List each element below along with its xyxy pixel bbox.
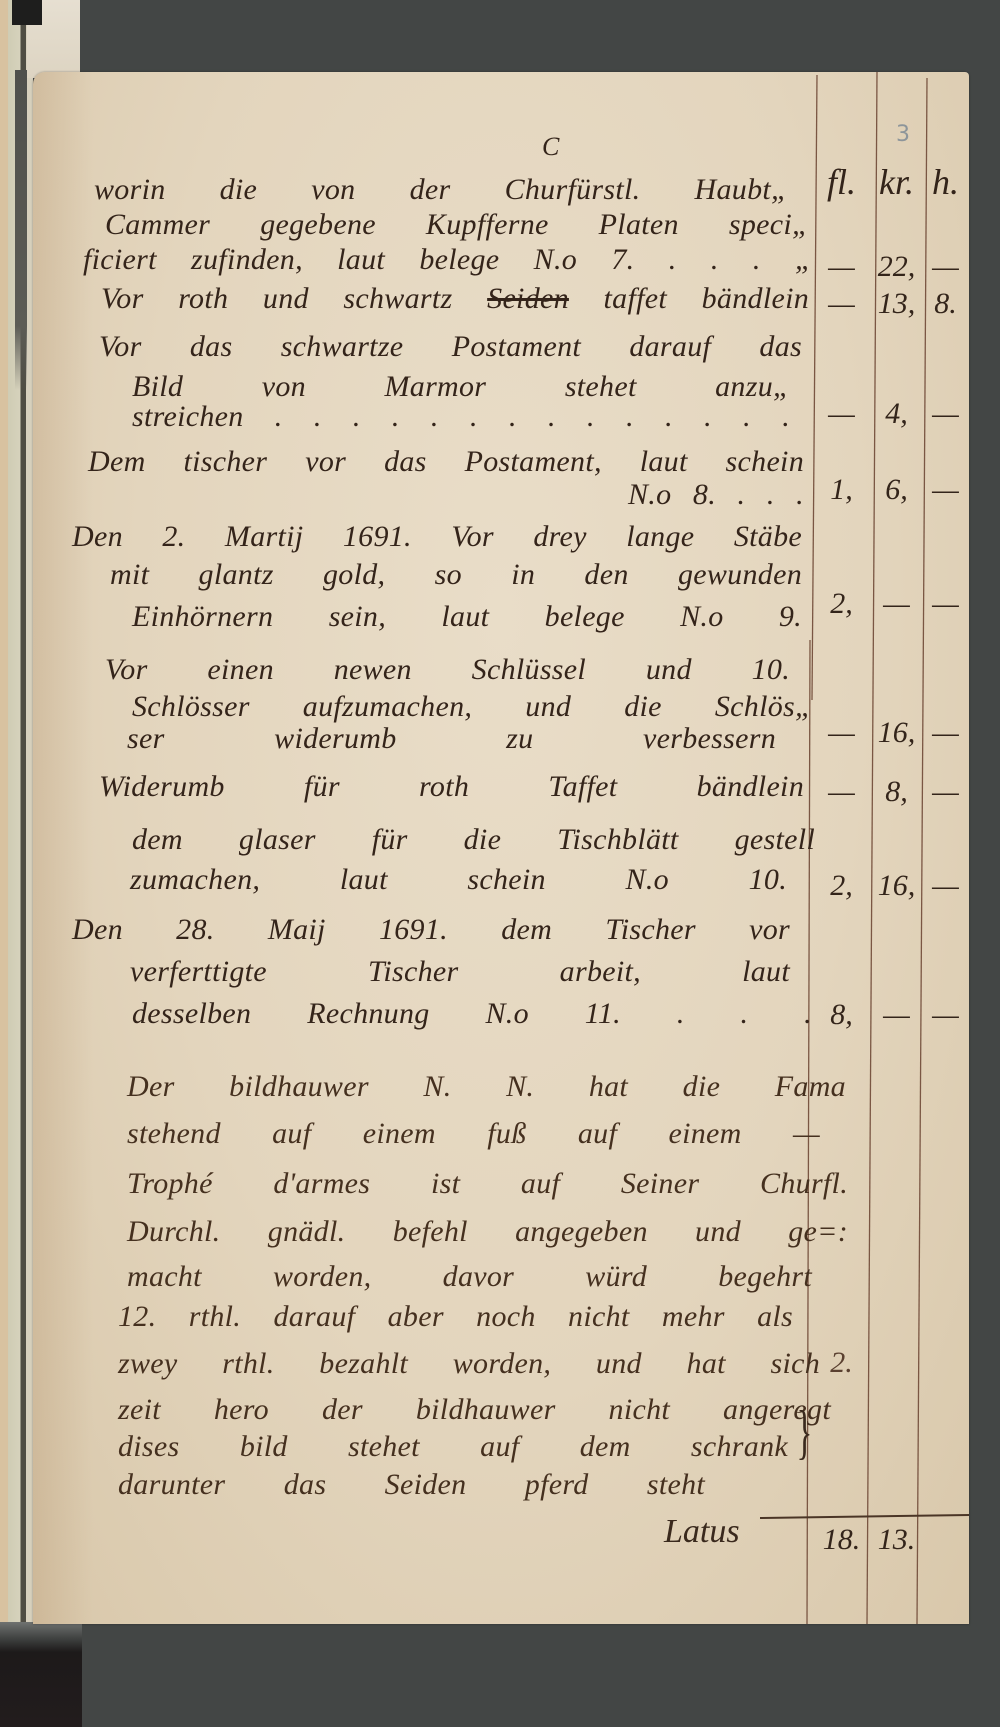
- amount-gulden: —: [812, 394, 871, 434]
- manuscript-line: Vor einen newen Schlüssel und 10.: [105, 650, 790, 690]
- manuscript-line: zwey rthl. bezahlt worden, und hat sich: [118, 1344, 820, 1384]
- latus-label: Latus: [664, 1512, 740, 1552]
- amount-kreuzer: 8,: [871, 772, 922, 812]
- manuscript-line: 12. rthl. darauf aber noch nicht mehr al…: [118, 1297, 793, 1337]
- header-heller: h.: [922, 162, 969, 202]
- manuscript-line: dises bild stehet auf dem schrank: [118, 1427, 788, 1467]
- manuscript-line: Vor das schwartze Postament darauf das: [99, 327, 802, 367]
- manuscript-line: verferttigte Tischer arbeit, laut: [130, 952, 790, 992]
- amount-heller: 8.: [922, 284, 969, 324]
- manuscript-line: N.o 8. . . .: [628, 475, 804, 515]
- amount-gulden: 8,: [812, 995, 871, 1035]
- manuscript-line: Durchl. gnädl. befehl angegeben und ge=:: [127, 1212, 848, 1252]
- manuscript-line: Den 2. Martij 1691. Vor drey lange Stäbe: [72, 517, 802, 557]
- amount-kreuzer: 13,: [871, 284, 922, 324]
- amount-gulden: —: [812, 284, 871, 324]
- amount-kreuzer: [871, 1343, 922, 1383]
- amount-kreuzer: —: [871, 995, 922, 1035]
- page-number: 3: [896, 122, 910, 147]
- amount-heller: —: [922, 713, 969, 753]
- gutter-shadow: [15, 70, 27, 390]
- manuscript-line: zumachen, laut schein N.o 10.: [130, 860, 787, 900]
- amount-gulden: 2,: [812, 584, 871, 624]
- line-text: Vor roth und schwartz: [101, 282, 453, 315]
- amount-heller: —: [922, 772, 969, 812]
- manuscript-line: Den 28. Maij 1691. dem Tischer vor: [72, 910, 790, 950]
- manuscript-line: worin die von der Churfürstl. Haubt„: [94, 170, 788, 210]
- manuscript-line: Einhörnern sein, laut belege N.o 9.: [132, 597, 802, 637]
- brace-mark: }: [796, 1402, 812, 1462]
- manuscript-line: dem glaser für die Tischblätt gestell: [132, 820, 815, 860]
- amount-kreuzer: 22,: [871, 247, 922, 287]
- amount-gulden: 2.: [812, 1343, 871, 1383]
- manuscript-line: streichen . . . . . . . . . . . . . .: [132, 397, 790, 437]
- amount-kreuzer: 16,: [871, 866, 922, 906]
- header-kreuzer: kr.: [871, 162, 922, 202]
- manuscript-line: Der bildhauwer N. N. hat die Fama: [127, 1067, 846, 1107]
- manuscript-line: ficiert zufinden, laut belege N.o 7. . .…: [83, 240, 812, 280]
- manuscript-line: zeit hero der bildhauwer nicht angeregt: [118, 1390, 831, 1430]
- manuscript-line: ser widerumb zu verbessern: [127, 719, 776, 759]
- amount-gulden: —: [812, 247, 871, 287]
- amount-heller: —: [922, 584, 969, 624]
- manuscript-line: darunter das Seiden pferd steht: [118, 1465, 705, 1505]
- amount-kreuzer: —: [871, 584, 922, 624]
- struck-word: Seiden: [487, 282, 569, 315]
- latus-gulden: 18.: [812, 1520, 871, 1560]
- line-correction: C: [542, 132, 559, 162]
- manuscript-line: macht worden, davor würd begehrt: [127, 1257, 812, 1297]
- manuscript-line: desselben Rechnung N.o 11. . . .: [132, 994, 812, 1034]
- latus-kreuzer: 13.: [871, 1520, 922, 1560]
- amount-heller: —: [922, 866, 969, 906]
- manuscript-line: stehend auf einem fuß auf einem —: [127, 1114, 820, 1154]
- manuscript-line: Vor roth und schwartz Seiden taffet bänd…: [101, 279, 809, 319]
- binding-top: [12, 0, 42, 25]
- amount-kreuzer: 4,: [871, 394, 922, 434]
- amount-kreuzer: 6,: [871, 470, 922, 510]
- amount-heller: —: [922, 995, 969, 1035]
- amount-heller: —: [922, 470, 969, 510]
- manuscript-line: mit glantz gold, so in den gewunden: [110, 555, 802, 595]
- manuscript-line: Cammer gegebene Kupfferne Platen speci„: [105, 205, 809, 245]
- amount-heller: [922, 1343, 969, 1383]
- amount-gulden: —: [812, 713, 871, 753]
- manuscript-line: Trophé d'armes ist auf Seiner Churfl.: [127, 1164, 848, 1204]
- line-text: taffet bändlein: [604, 282, 809, 315]
- manuscript-line: Widerumb für roth Taffet bändlein: [99, 767, 804, 807]
- amount-kreuzer: 16,: [871, 713, 922, 753]
- header-gulden: fl.: [812, 162, 871, 202]
- amount-heller: —: [922, 247, 969, 287]
- amount-gulden: 1,: [812, 470, 871, 510]
- amount-gulden: —: [812, 772, 871, 812]
- amount-heller: —: [922, 394, 969, 434]
- binding-bottom: [0, 1622, 82, 1727]
- amount-gulden: 2,: [812, 866, 871, 906]
